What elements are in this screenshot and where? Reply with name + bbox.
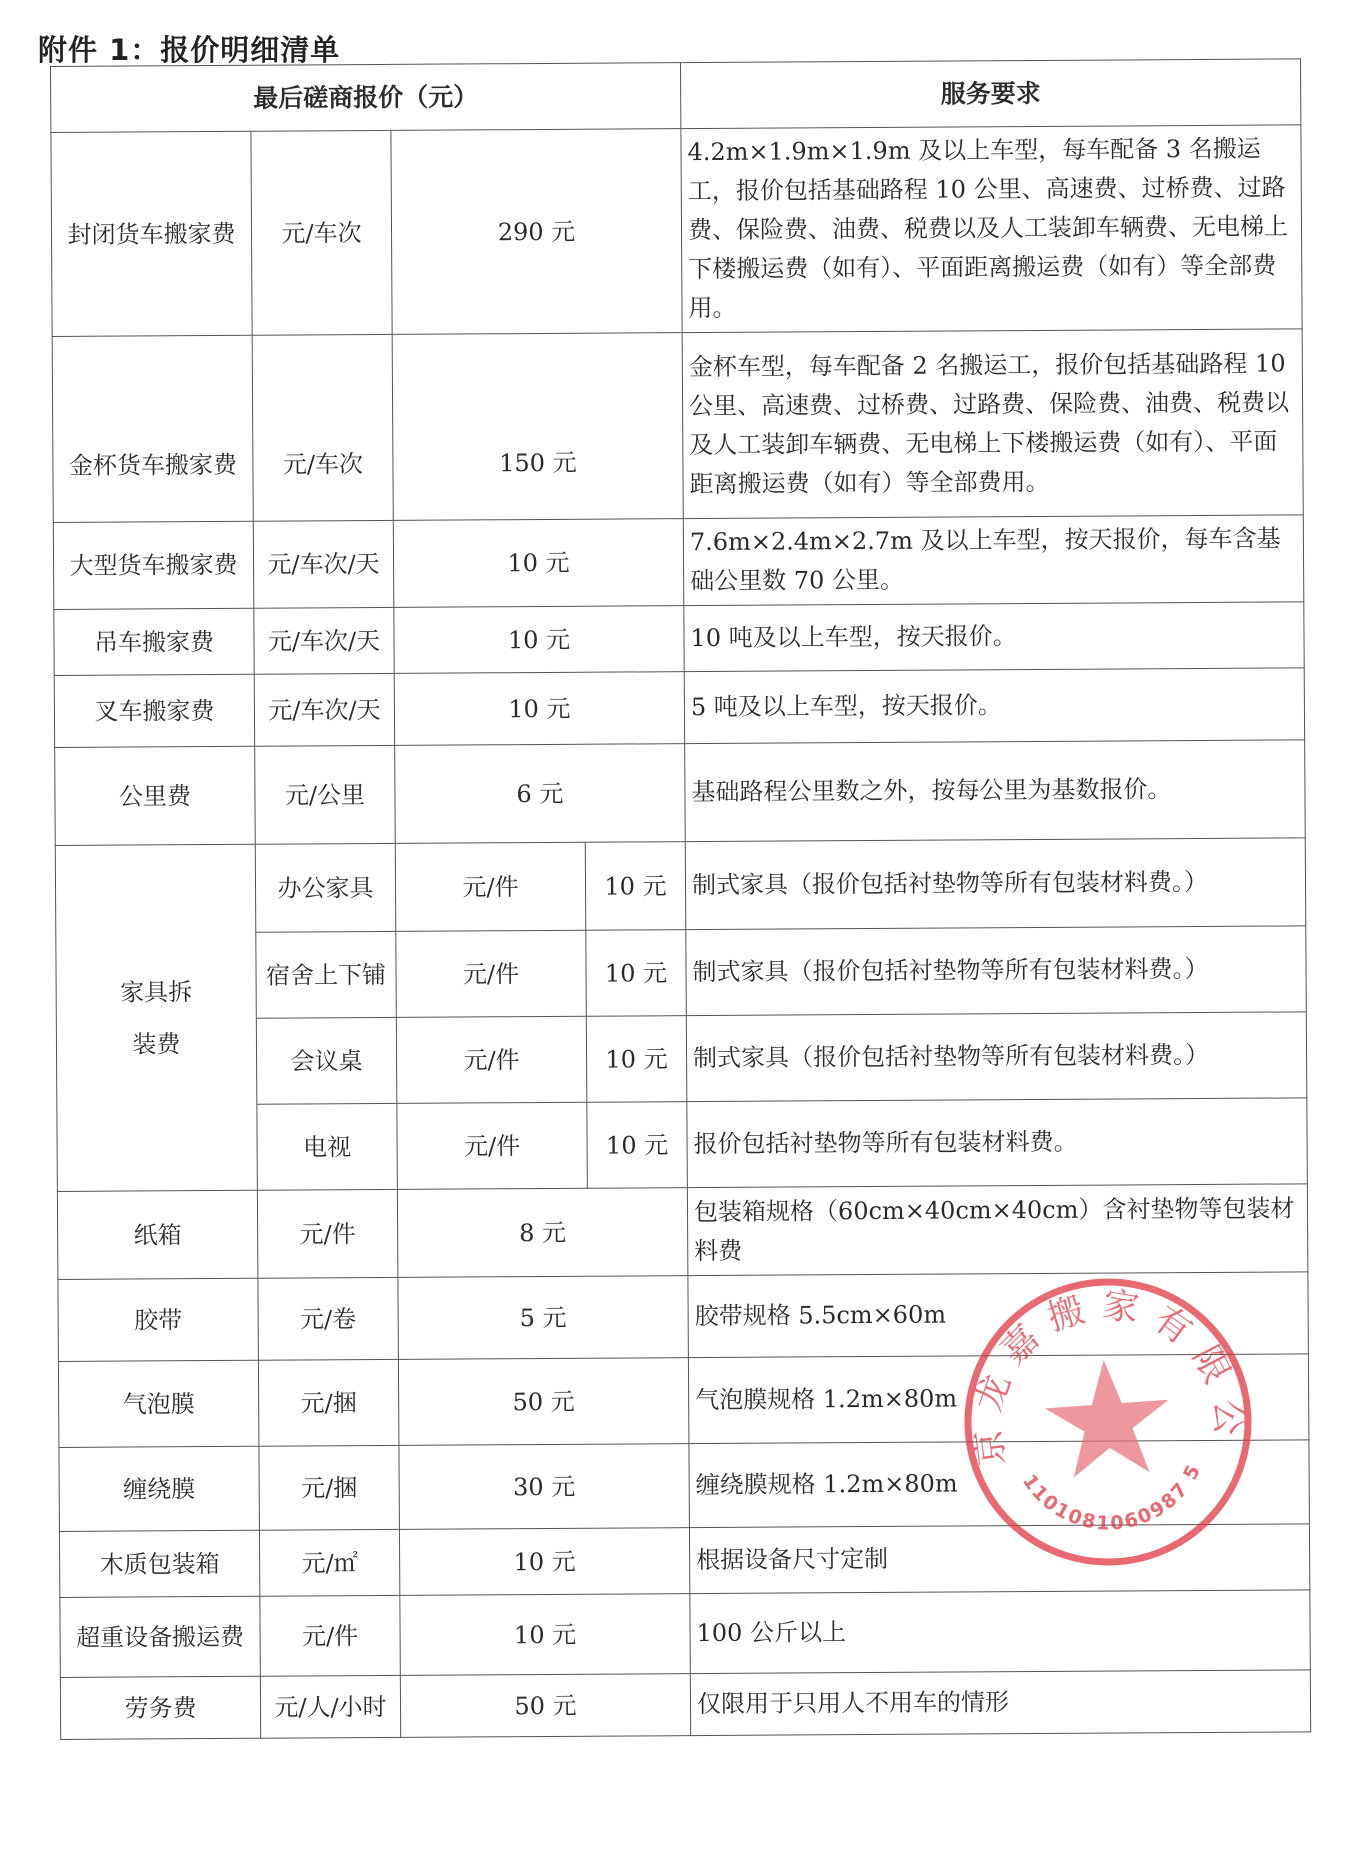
furniture-price: 10 元 <box>585 842 686 931</box>
item-name: 木质包装箱 <box>59 1530 259 1597</box>
item-requirement: 气泡膜规格 1.2m×80m <box>688 1354 1309 1444</box>
item-requirement: 基础路程公里数之外，按每公里为基数报价。 <box>685 740 1306 842</box>
furniture-group-label-line1: 家具拆 <box>57 965 256 1018</box>
item-unit: 元/车次/天 <box>253 520 394 608</box>
item-unit: 元/人/小时 <box>260 1675 400 1738</box>
furniture-item: 办公家具 <box>255 843 396 932</box>
item-requirement: 胶带规格 5.5cm×60m <box>688 1272 1308 1358</box>
item-requirement: 根据设备尺寸定制 <box>689 1524 1309 1594</box>
furniture-price: 10 元 <box>586 930 687 1017</box>
item-requirement: 10 吨及以上车型，按天报价。 <box>684 602 1304 672</box>
item-unit: 元/车次/天 <box>254 673 394 746</box>
furniture-unit: 元/件 <box>395 842 586 931</box>
quote-table: 最后磋商报价（元） 服务要求 封闭货车搬家费 元/车次 290 元 4.2m×1… <box>50 58 1311 1740</box>
item-requirement: 5 吨及以上车型，按天报价。 <box>684 668 1304 744</box>
item-name: 劳务费 <box>60 1676 260 1739</box>
furniture-requirement: 制式家具（报价包括衬垫物等所有包装材料费。） <box>686 1012 1307 1102</box>
header-service: 服务要求 <box>680 59 1300 129</box>
document-title: 附件 1：报价明细清单 <box>38 28 340 69</box>
item-name: 缠绕膜 <box>59 1446 260 1531</box>
furniture-unit: 元/件 <box>396 1016 587 1103</box>
item-name: 超重设备搬运费 <box>60 1596 260 1677</box>
item-price: 5 元 <box>398 1276 688 1360</box>
item-unit: 元/公里 <box>255 745 396 844</box>
item-name: 吊车搬家费 <box>54 608 254 675</box>
item-price: 10 元 <box>394 606 684 674</box>
item-requirement: 缠绕膜规格 1.2m×80m <box>689 1440 1310 1528</box>
item-price: 290 元 <box>391 129 682 335</box>
table-row: 缠绕膜 元/捆 30 元 缠绕膜规格 1.2m×80m <box>59 1440 1309 1532</box>
item-requirement: 包装箱规格（60cm×40cm×40cm）含衬垫物等包装材料费 <box>687 1184 1308 1276</box>
item-unit: 元/捆 <box>258 1359 399 1446</box>
furniture-unit: 元/件 <box>396 930 587 1017</box>
table-row: 吊车搬家费 元/车次/天 10 元 10 吨及以上车型，按天报价。 <box>54 602 1304 676</box>
item-unit: 元/车次 <box>251 130 392 335</box>
furniture-price: 10 元 <box>586 1016 687 1103</box>
table-header-row: 最后磋商报价（元） 服务要求 <box>51 59 1301 133</box>
table-row: 超重设备搬运费 元/件 10 元 100 公斤以上 <box>60 1590 1310 1678</box>
item-name: 叉车搬家费 <box>54 674 254 747</box>
item-price: 6 元 <box>395 744 686 844</box>
item-name: 公里费 <box>55 746 256 845</box>
table-row: 叉车搬家费 元/车次/天 10 元 5 吨及以上车型，按天报价。 <box>54 668 1304 748</box>
item-price: 50 元 <box>400 1674 690 1738</box>
table-row: 公里费 元/公里 6 元 基础路程公里数之外，按每公里为基数报价。 <box>55 740 1306 846</box>
item-price: 150 元 <box>392 333 683 521</box>
item-requirement: 7.6m×2.4m×2.7m 及以上车型，按天报价，每车含基础公里数 70 公里… <box>683 515 1304 606</box>
table-row: 大型货车搬家费 元/车次/天 10 元 7.6m×2.4m×2.7m 及以上车型… <box>53 515 1304 610</box>
item-unit: 元/㎡ <box>259 1529 399 1596</box>
table-row: 封闭货车搬家费 元/车次 290 元 4.2m×1.9m×1.9m 及以上车型，… <box>51 125 1302 337</box>
table-row: 气泡膜 元/捆 50 元 气泡膜规格 1.2m×80m <box>58 1354 1309 1448</box>
furniture-requirement: 报价包括衬垫物等所有包装材料费。 <box>687 1098 1308 1188</box>
item-requirement: 仅限用于只用人不用车的情形 <box>690 1670 1310 1736</box>
item-unit: 元/车次 <box>252 334 393 521</box>
item-unit: 元/件 <box>257 1189 398 1278</box>
furniture-requirement: 制式家具（报价包括衬垫物等所有包装材料费。） <box>686 926 1307 1016</box>
header-price: 最后磋商报价（元） <box>51 63 681 133</box>
item-price: 30 元 <box>399 1444 690 1530</box>
item-unit: 元/件 <box>260 1595 400 1676</box>
furniture-requirement: 制式家具（报价包括衬垫物等所有包装材料费。） <box>685 838 1306 930</box>
item-price: 10 元 <box>399 1528 689 1596</box>
item-requirement: 金杯车型，每车配备 2 名搬运工，报价包括基础路程 10 公里、高速费、过桥费、… <box>682 329 1303 519</box>
table-row: 纸箱 元/件 8 元 包装箱规格（60cm×40cm×40cm）含衬垫物等包装材… <box>57 1184 1308 1280</box>
furniture-item: 电视 <box>257 1103 398 1190</box>
item-name: 封闭货车搬家费 <box>51 131 252 336</box>
furniture-unit: 元/件 <box>397 1102 588 1189</box>
item-name: 金杯货车搬家费 <box>52 335 253 522</box>
item-price: 10 元 <box>393 519 684 608</box>
item-price: 10 元 <box>400 1594 690 1676</box>
item-name: 气泡膜 <box>58 1360 259 1447</box>
item-price: 8 元 <box>397 1188 688 1278</box>
item-price: 50 元 <box>398 1358 689 1446</box>
table-row: 木质包装箱 元/㎡ 10 元 根据设备尺寸定制 <box>59 1524 1309 1598</box>
furniture-group-label: 家具拆 装费 <box>55 844 257 1191</box>
furniture-price: 10 元 <box>587 1102 688 1189</box>
item-unit: 元/卷 <box>258 1277 398 1360</box>
item-unit: 元/捆 <box>259 1445 400 1530</box>
item-name: 胶带 <box>58 1278 258 1361</box>
furniture-item: 会议桌 <box>256 1017 397 1104</box>
table-row: 胶带 元/卷 5 元 胶带规格 5.5cm×60m <box>58 1272 1308 1362</box>
table-row: 金杯货车搬家费 元/车次 150 元 金杯车型，每车配备 2 名搬运工，报价包括… <box>52 329 1303 523</box>
item-requirement: 4.2m×1.9m×1.9m 及以上车型，每车配备 3 名搬运工，报价包括基础路… <box>681 125 1302 333</box>
table-row: 劳务费 元/人/小时 50 元 仅限用于只用人不用车的情形 <box>60 1670 1310 1740</box>
item-unit: 元/车次/天 <box>254 607 394 674</box>
item-name: 大型货车搬家费 <box>53 521 254 609</box>
item-price: 10 元 <box>394 672 684 746</box>
item-requirement: 100 公斤以上 <box>690 1590 1310 1674</box>
table-row-furniture: 家具拆 装费 办公家具 元/件 10 元 制式家具（报价包括衬垫物等所有包装材料… <box>55 838 1306 934</box>
item-name: 纸箱 <box>57 1190 258 1279</box>
furniture-group-label-line2: 装费 <box>57 1017 256 1070</box>
furniture-item: 宿舍上下铺 <box>256 931 397 1018</box>
